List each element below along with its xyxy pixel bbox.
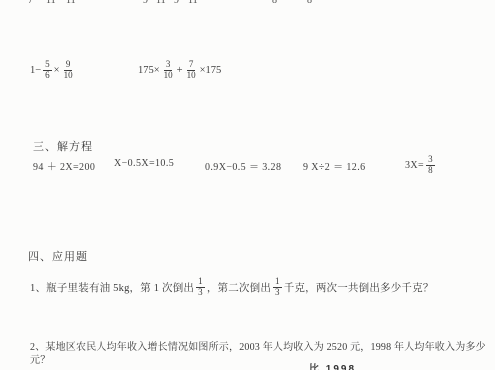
top-cutoff-denominator: 7 <box>28 0 33 6</box>
fraction-expression-1: 1− 5 6 × 9 10 <box>30 53 77 87</box>
fraction-denominator: 3 <box>196 288 205 298</box>
expression-text: 175× <box>138 65 160 76</box>
fraction: 9 10 <box>62 60 75 81</box>
fraction: 3 10 <box>162 60 175 81</box>
problem-text: ，第二次倒出 <box>207 280 271 295</box>
top-cutoff-denominator: 8 <box>272 0 277 6</box>
fraction-expression-2: 175× 3 10 + 7 10 ×175 <box>138 53 221 87</box>
operator: + <box>177 65 183 76</box>
equation-3: 0.9X−0.5 ＝ 3.28 <box>205 158 281 173</box>
expression-text: 1− <box>30 65 41 76</box>
fraction-numerator: 9 <box>64 60 73 71</box>
top-cutoff-denominator: 9 <box>174 0 179 6</box>
fraction: 1 3 <box>273 277 282 298</box>
problem-text: 1、瓶子里装有油 5kg，第 1 次倒出 <box>30 280 194 295</box>
section-heading-word-problems: 四、应用题 <box>28 248 88 264</box>
operator: × <box>54 65 60 76</box>
fraction-numerator: 7 <box>187 60 196 71</box>
top-cutoff-denominator: 8 <box>307 0 312 6</box>
fraction-denominator: 8 <box>426 166 435 176</box>
fraction: 3 8 <box>426 155 435 176</box>
fraction-denominator: 10 <box>185 71 198 81</box>
fraction-denominator: 10 <box>162 71 175 81</box>
equation-text: 3X= <box>405 160 424 171</box>
section-heading-solve-equations: 三、解方程 <box>33 138 93 154</box>
word-problem-2-line1: 2、某地区农民人均年收入增长情况如图所示，2003 年人均收入为 2520 元，… <box>30 341 486 354</box>
word-problem-2-line2: 元？ <box>30 354 50 367</box>
fraction-denominator: 3 <box>273 288 282 298</box>
fraction-denominator: 10 <box>62 71 75 81</box>
fraction: 7 10 <box>185 60 198 81</box>
equation-5: 3X= 3 8 <box>405 150 437 180</box>
worksheet-page: 7 11 11 9 11 9 11 8 8 1− 5 6 × 9 10 175×… <box>0 0 495 370</box>
problem-text: 千克，两次一共倒出多少千克？ <box>284 280 434 295</box>
equation-4: 9 X÷2 ＝ 12.6 <box>303 158 366 173</box>
chart-caption-fragment: 比 1998 <box>309 360 356 370</box>
fraction-numerator: 1 <box>196 277 205 288</box>
equation-1: 94 ＋ 2X=200 <box>33 158 95 173</box>
top-cutoff-denominator: 11 <box>188 0 198 6</box>
expression-text: ×175 <box>200 65 222 76</box>
fraction: 5 6 <box>43 60 52 81</box>
top-cutoff-denominator: 11 <box>66 0 76 6</box>
word-problem-1: 1、瓶子里装有油 5kg，第 1 次倒出 1 3 ，第二次倒出 1 3 千克，两… <box>30 272 434 302</box>
equation-2: X−0.5X=10.5 <box>114 158 174 169</box>
fraction-numerator: 3 <box>426 155 435 166</box>
top-cutoff-denominator: 11 <box>46 0 56 6</box>
fraction-denominator: 6 <box>43 71 52 81</box>
fraction-numerator: 3 <box>164 60 173 71</box>
top-cutoff-denominator: 9 <box>143 0 148 6</box>
top-cutoff-denominator: 11 <box>156 0 166 6</box>
fraction-numerator: 5 <box>43 60 52 71</box>
fraction-numerator: 1 <box>273 277 282 288</box>
fraction: 1 3 <box>196 277 205 298</box>
